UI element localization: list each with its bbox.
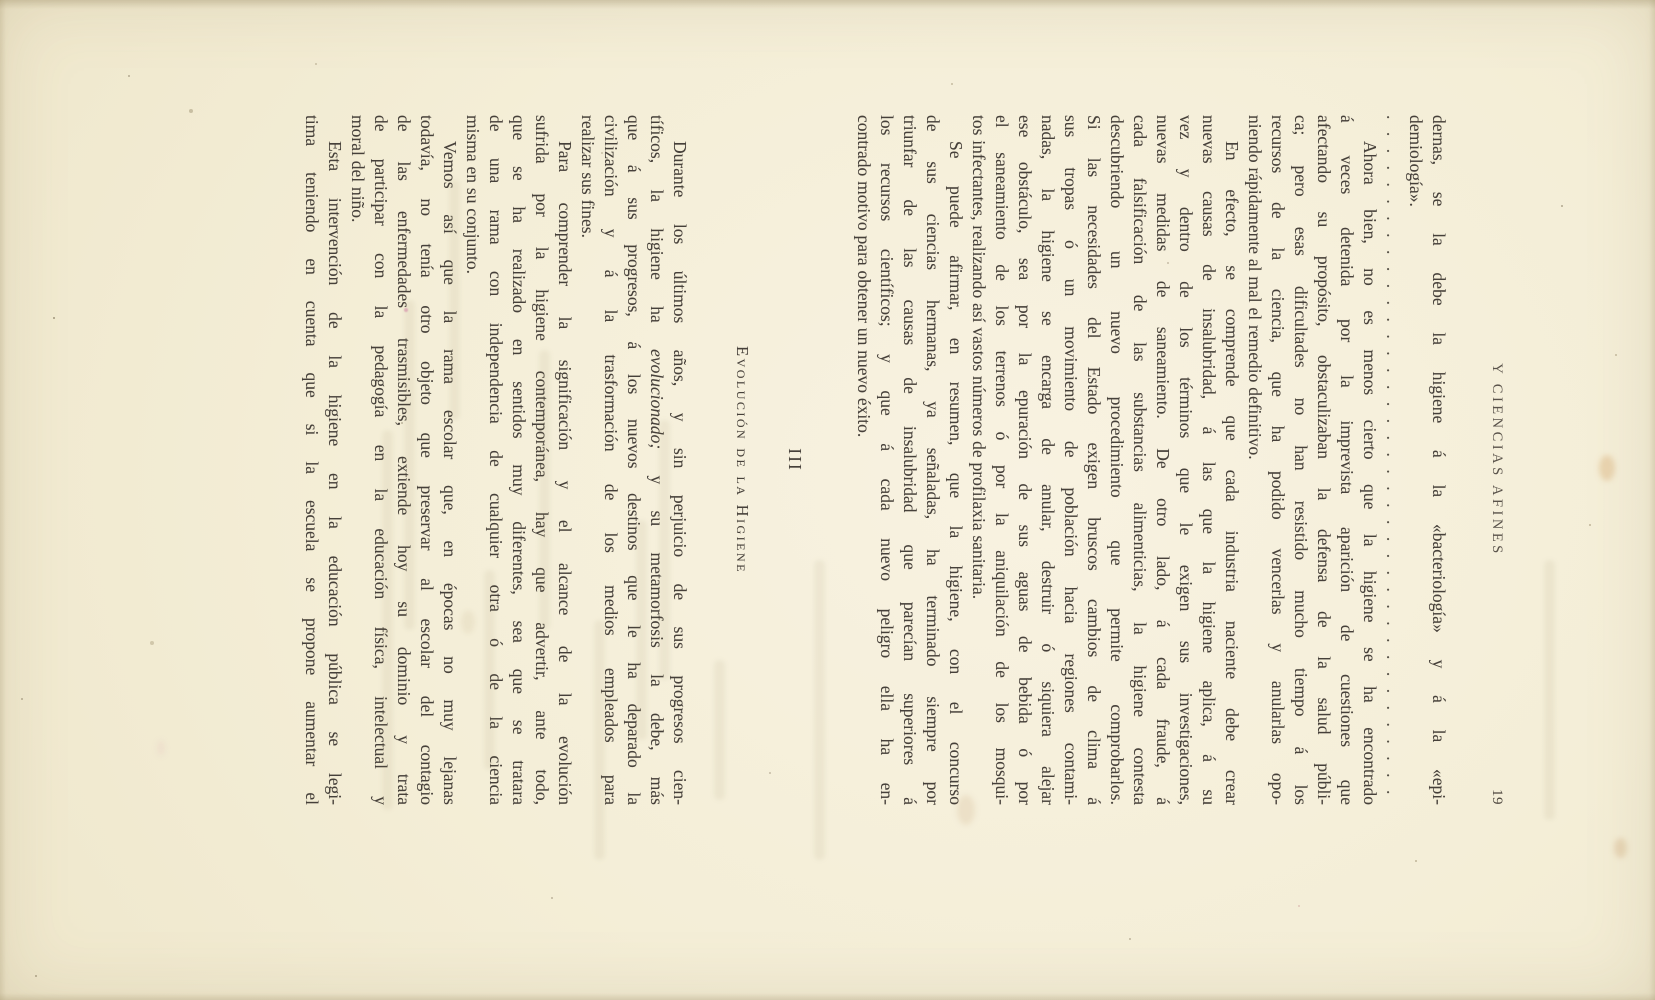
book-page: Y CIENCIAS AFINES 19 dernas, se la debe …	[0, 0, 1655, 1000]
ghost-text-smudge	[1544, 560, 1555, 820]
text-line: á veces detenida por la imprevista apari…	[1335, 115, 1358, 805]
text-line: tima teniendo en cuenta que si la escuel…	[300, 115, 323, 805]
pink-ink-speck	[404, 308, 408, 312]
section-title: Evolución de la Higiene	[731, 115, 754, 805]
scanned-book-spread: Y CIENCIAS AFINES 19 dernas, se la debe …	[0, 0, 1655, 1000]
section-numeral: III	[783, 115, 806, 805]
page-number: 19	[1488, 789, 1505, 805]
ghost-text-smudge	[814, 560, 825, 860]
text-line: sus tropas ó un movimiento de población …	[1059, 115, 1082, 805]
text-line: Durante los últimos años, y sin perjuici…	[668, 115, 691, 805]
ellipsis-row: ........................................…	[1381, 115, 1404, 805]
running-header-title: Y CIENCIAS AFINES	[1488, 115, 1505, 805]
ghost-text-smudge	[594, 620, 605, 860]
ghost-text-smudge	[714, 660, 725, 800]
text-line: Para comprender la significación y el al…	[553, 115, 576, 805]
text-line: el saneamiento de los terrenos ó por la …	[990, 115, 1013, 805]
text-line: todavía, no tenía otro objeto que preser…	[415, 115, 438, 805]
text-line: de sus ciencias hermanas, ya señaladas, …	[921, 115, 944, 805]
text-line: que se ha realizado en sentidos muy dife…	[507, 115, 530, 805]
text-line: Esta intervención de la higiene en la ed…	[323, 115, 346, 805]
text-line: moral del niño.	[346, 115, 369, 805]
ghost-text-smudge	[636, 520, 647, 740]
text-line: descubriendo un nuevo procedimiento que …	[1105, 115, 1128, 805]
text-segment: tíficos, la higiene ha	[647, 115, 667, 349]
text-line: los recursos científicos; y que á cada n…	[875, 115, 898, 805]
ghost-text-smudge	[539, 350, 550, 630]
ghost-text-smudge	[382, 430, 393, 810]
quote-continuation-line: demiología».	[1404, 115, 1427, 805]
text-line: En efecto, se comprende que cada industr…	[1220, 115, 1243, 805]
text-line: cada falsificación de las substancias al…	[1128, 115, 1151, 805]
text-line: recursos de la ciencia, que ha podido ve…	[1266, 115, 1289, 805]
text-line: ca; pero esas dificultades no han resist…	[1289, 115, 1312, 805]
ghost-text-smudge	[659, 420, 670, 680]
page-text-block: dernas, se la debe la higiene á la «bact…	[300, 115, 1450, 805]
foxing-stain	[461, 610, 475, 634]
text-line: triunfar de las causas de insalubridad q…	[898, 115, 921, 805]
text-line: Si las necesidades del Estado exigen bru…	[1082, 115, 1105, 805]
text-line: vez y dentro de los términos que le exig…	[1174, 115, 1197, 805]
running-header: Y CIENCIAS AFINES 19	[1485, 115, 1505, 805]
pink-smear	[157, 740, 165, 756]
text-line: ese obstáculo, sea por la epuración de s…	[1013, 115, 1036, 805]
ghost-text-smudge	[449, 180, 460, 420]
text-line: misma en su conjunto.	[461, 115, 484, 805]
text-line: tos infectantes, realizando así vastos n…	[967, 115, 990, 805]
text-line: nuevas causas de insalubridad, á las que…	[1197, 115, 1220, 805]
text-line: Se puede afirmar, en resumen, que la hig…	[944, 115, 967, 805]
text-line: niendo rápidamente al mal el remedio def…	[1243, 115, 1266, 805]
text-line: contrado motivo para obtener un nuevo éx…	[852, 115, 875, 805]
ghost-text-smudge	[484, 570, 495, 770]
foxing-stain	[957, 795, 975, 825]
quote-continuation-line: dernas, se la debe la higiene á la «bact…	[1427, 115, 1450, 805]
foxing-stain	[1614, 838, 1627, 858]
ghost-text-smudge	[404, 300, 415, 630]
text-line: Ahora bien, no es menos cierto que la hi…	[1358, 115, 1381, 805]
text-line: afectando su propósito, obstaculizaban l…	[1312, 115, 1335, 805]
foxing-stain	[1599, 455, 1615, 481]
text-line: nuevas medidas de saneamiento. De otro l…	[1151, 115, 1174, 805]
text-line: nadas, la higiene se encarga de anular, …	[1036, 115, 1059, 805]
